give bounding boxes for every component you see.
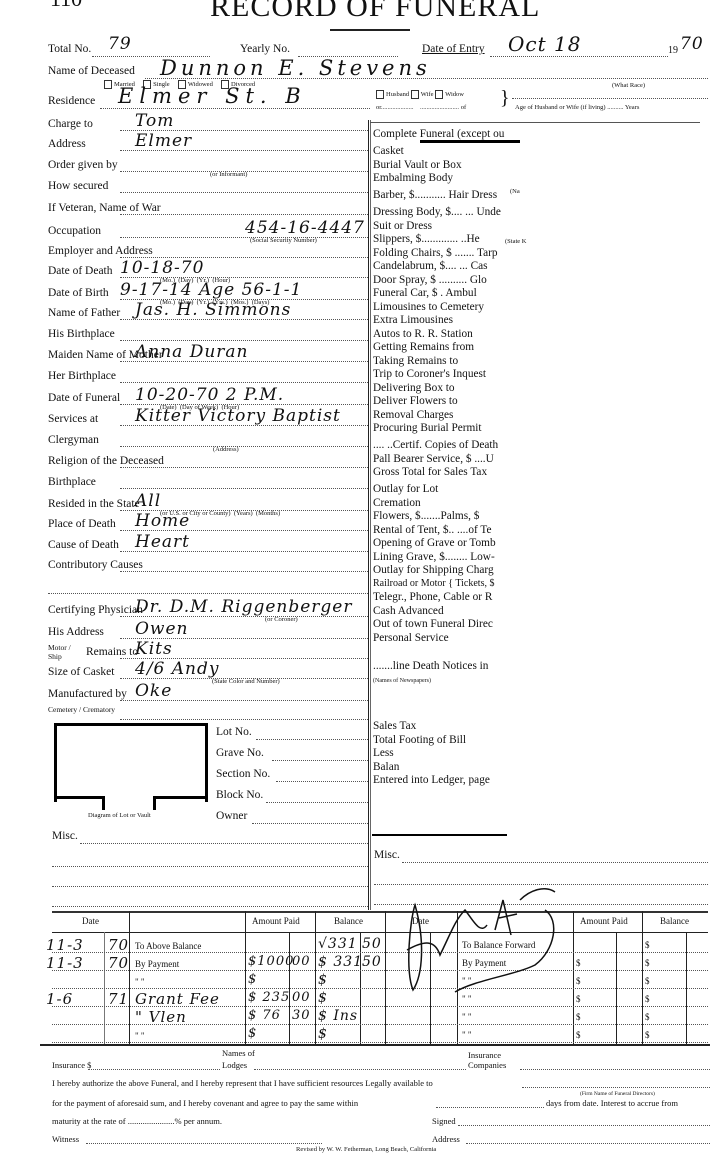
left-field-label: Cemetery / Crematory [48, 706, 115, 714]
left-field-label: Address [48, 137, 86, 151]
charge-item: Total Footing of Bill [373, 733, 508, 747]
misc-label-right: Misc. [374, 848, 400, 862]
misc-line-4[interactable] [52, 906, 368, 907]
left-field-label: Cause of Death [48, 538, 119, 552]
ledger-right-balance: $ [645, 1012, 650, 1022]
ledger-row-line [52, 1006, 385, 1007]
diagram-caption: Diagram of Lot or Vault [88, 812, 151, 819]
left-field-label: Charge to [48, 117, 93, 131]
misc-label-left: Misc. [52, 829, 78, 843]
charge-item: Opening of Grave or Tomb [373, 536, 508, 550]
year-value[interactable]: 70 [680, 34, 704, 54]
left-field-label: His Address [48, 625, 104, 639]
firm-note: (Firm Name of Funeral Directors) [580, 1091, 655, 1097]
column-divider-2 [370, 120, 371, 910]
maturity-text: maturity at the rate of ................… [52, 1116, 222, 1126]
ledger-balance[interactable]: $ [318, 990, 328, 1006]
left-field-value[interactable]: Dr. D.M. Riggenberger [135, 597, 353, 617]
charge-item: Autos to R. R. Station [373, 327, 508, 341]
charge-item: Dressing Body, $.... ... Unde [373, 205, 508, 219]
grave-no-line[interactable] [272, 760, 368, 761]
spouse-or: or.................... .................… [376, 104, 466, 111]
ledger-balance[interactable]: √331 [318, 936, 358, 952]
ledger-right-amount: $ [576, 1030, 581, 1040]
left-field-line[interactable] [120, 192, 368, 193]
left-field-sublabel: (State Color and Number) [212, 678, 280, 685]
lodges-label-top: Names of [222, 1048, 255, 1058]
left-field-label: Religion of the Deceased [48, 454, 164, 468]
witness-label: Witness [52, 1134, 79, 1144]
ledger-right-amount: $ [576, 994, 581, 1004]
left-field-line[interactable] [120, 719, 368, 720]
name-of-deceased-value[interactable]: Dunnon E. Stevens [160, 56, 431, 80]
left-field-value[interactable]: Oke [135, 681, 172, 701]
ledger-balance-cents[interactable]: 50 [362, 936, 382, 952]
left-field-label: Clergyman [48, 433, 99, 447]
state-kind-note: (State K [505, 238, 526, 245]
ledger-row-line [52, 988, 385, 989]
misc-line-3[interactable] [52, 886, 368, 887]
lodges-label: Lodges [222, 1060, 247, 1070]
section-no-label: Section No. [216, 767, 270, 781]
charge-item: Barber, $........... Hair Dress [373, 188, 508, 202]
left-field-value[interactable]: 10-20-70 2 P.M. [135, 385, 284, 405]
days-text: days from date. Interest to accrue from [546, 1098, 678, 1108]
ledger-amount[interactable]: $1000 [248, 954, 294, 969]
what-race-note: (What Race) [612, 82, 645, 89]
charge-item: Extra Limousines [373, 313, 508, 327]
left-field-value[interactable]: Anna Duran [135, 342, 249, 362]
ledger-right-balance: $ [645, 958, 650, 968]
charge-item: Rental of Tent, $.. ....of Te [373, 523, 508, 537]
ledger-description: " " [135, 1031, 145, 1041]
ledger-right-amount: $ [576, 1012, 581, 1022]
charge-item: Flowers, $.......Palms, $ [373, 509, 508, 523]
left-field-line[interactable] [120, 467, 368, 468]
left-field-label: Birthplace [48, 475, 96, 489]
left-field-value[interactable]: 10-18-70 [120, 258, 204, 278]
lodges-line[interactable] [254, 1069, 466, 1070]
signed-label: Signed [432, 1116, 456, 1126]
charge-item: Cash Advanced [373, 604, 508, 618]
charge-item: Railroad or Motor { Tickets, $ [373, 577, 508, 591]
charge-item: Pall Bearer Service, $ ....U [373, 452, 508, 466]
checkbox-widow[interactable]: Widow [435, 91, 464, 98]
date-of-entry-label: Date of Entry [422, 42, 485, 56]
charge-item: Outlay for Lot [373, 482, 508, 496]
year-prefix: 19 [668, 44, 678, 58]
left-field-sublabel: (Social Security Number) [250, 237, 317, 244]
charge-item: Sales Tax [373, 719, 508, 733]
charge-item: (Names of Newspapers) [373, 674, 508, 688]
left-field-value[interactable]: Jas. H. Simmons [135, 300, 291, 320]
charge-item: Personal Service [373, 631, 508, 645]
section-no-line[interactable] [276, 781, 368, 782]
ledger-description: " " [135, 977, 145, 987]
charge-item: Funeral Car, $ . Ambul [373, 286, 508, 300]
ledger-left-date-header: Date [82, 916, 99, 926]
motor-ship-prefix: Motor / Ship [48, 643, 78, 661]
left-field-line[interactable] [120, 340, 368, 341]
block-no-line[interactable] [266, 802, 368, 803]
total-no-label: Total No. [48, 42, 91, 56]
address-line[interactable] [466, 1143, 710, 1144]
left-field-value[interactable]: Owen [135, 619, 189, 639]
left-field-value[interactable]: Tom [135, 111, 174, 131]
ledger-description: By Payment [135, 959, 179, 969]
right-top-border [370, 122, 700, 123]
charge-item: Outlay for Shipping Charg [373, 563, 508, 577]
lot-diagram-door-right [153, 796, 156, 810]
charge-item: Casket [373, 144, 508, 158]
date-of-entry-line [490, 56, 668, 57]
grave-no-label: Grave No. [216, 746, 264, 760]
name-note: (Na [510, 188, 520, 195]
left-field-value[interactable]: Heart [135, 532, 190, 552]
charge-item: Door Spray, $ .......... Glo [373, 273, 508, 287]
ledger-right-amount: $ [576, 976, 581, 986]
right-misc-line-1[interactable] [402, 862, 708, 863]
ledger-description: To Above Balance [135, 941, 201, 951]
left-field-label: Occupation [48, 224, 101, 238]
signed-line[interactable] [458, 1125, 710, 1126]
misc-line-2[interactable] [52, 866, 368, 867]
left-field-value[interactable]: Home [135, 511, 190, 531]
charge-item: Deliver Flowers to [373, 394, 508, 408]
authorize-text: I hereby authorize the above Funeral, an… [52, 1078, 433, 1088]
left-field-label: Date of Funeral [48, 391, 120, 405]
charge-item: Out of town Funeral Direc [373, 617, 508, 631]
left-field-line[interactable] [120, 446, 368, 447]
left-field-label: Size of Casket [48, 665, 114, 679]
charge-item: .... ..Certif. Copies of Death [373, 438, 508, 452]
revised-by: Revised by W. W. Fetherman, Long Beach, … [296, 1146, 436, 1153]
yearly-no-label: Yearly No. [240, 42, 290, 56]
ledger-right-balance: $ [645, 976, 650, 986]
ledger-left-amount-header: Amount Paid [252, 916, 300, 926]
charge-item: Delivering Box to [373, 381, 508, 395]
charge-item: Folding Chairs, $ ....... Tarp [373, 246, 508, 260]
left-field-line[interactable] [120, 488, 368, 489]
left-field-label: Employer and Address [48, 244, 153, 258]
companies-label-top: Insurance [468, 1050, 501, 1060]
left-field-value[interactable]: Elmer [135, 131, 192, 151]
left-field-line[interactable] [120, 382, 368, 383]
charge-item: Entered into Ledger, page [373, 773, 508, 787]
left-field-sublabel: (or Informant) [210, 171, 247, 178]
address-label: Address [432, 1134, 460, 1144]
date-of-entry-value[interactable]: Oct 18 [508, 32, 581, 56]
title-underline [330, 29, 410, 31]
left-field-sublabel: (or Coroner) [265, 616, 298, 623]
payment-text: for the payment of aforesaid sum, and I … [52, 1098, 358, 1108]
ledger-amount[interactable]: $ [248, 1026, 257, 1041]
ledger-right-balance: $ [645, 1030, 650, 1040]
ledger-amount[interactable]: $ 235 [248, 990, 290, 1005]
block-no-label: Block No. [216, 788, 263, 802]
misc-line-1[interactable] [80, 843, 368, 844]
left-field-value[interactable]: Kits [135, 639, 173, 659]
left-field-value[interactable]: All [135, 491, 161, 511]
charge-item: Telegr., Phone, Cable or R [373, 590, 508, 604]
ledger-right-row-line[interactable] [386, 1024, 708, 1025]
lot-diagram [54, 723, 208, 802]
charge-item: Taking Remains to [373, 354, 508, 368]
spouse-line[interactable] [512, 98, 708, 99]
residence-label: Residence [48, 94, 95, 108]
charge-item: Procuring Burial Permit [373, 421, 508, 435]
checkbox-husband[interactable]: Husband [376, 91, 409, 98]
spouse-checkboxes: Husband Wife Widow [376, 90, 464, 99]
ledger-right-balance-header: Balance [660, 916, 689, 926]
ledger-row-line [52, 1024, 385, 1025]
left-field-label: Services at [48, 412, 98, 426]
companies-label: Companies [468, 1060, 506, 1070]
left-field-label: His Birthplace [48, 327, 115, 341]
ledger-amount[interactable]: $ 76 [248, 1008, 281, 1023]
age-of-spouse-label: Age of Husband or Wife (if living) .....… [515, 104, 639, 111]
charge-item: Limousines to Cemetery [373, 300, 508, 314]
total-no-value[interactable]: 79 [108, 34, 132, 54]
charge-item: Lining Grave, $........ Low- [373, 550, 508, 564]
ledger-header-border [52, 932, 708, 933]
charge-item: Candelabrum, $.... ... Cas [373, 259, 508, 273]
funeral-underline [420, 140, 520, 143]
left-field-value[interactable]: 4/6 Andy [135, 659, 219, 679]
left-field-label: Contributory Causes [48, 558, 143, 572]
left-field-label: Date of Birth [48, 286, 109, 300]
left-field-label: Date of Death [48, 264, 113, 278]
left-field-label: Her Birthplace [48, 369, 116, 383]
ledger-right-amount: $ [576, 958, 581, 968]
left-field-label: Name of Father [48, 306, 120, 320]
left-field-line[interactable] [48, 593, 368, 594]
lot-diagram-base-left [54, 796, 104, 799]
charge-item: Getting Remains from [373, 340, 508, 354]
ledger-balance[interactable]: $ 331 [318, 954, 363, 970]
charge-item: Trip to Coroner's Inquest [373, 367, 508, 381]
residence-line [100, 108, 370, 109]
charge-item: Less [373, 746, 508, 760]
charge-item: Removal Charges [373, 408, 508, 422]
ledger-right-row-line[interactable] [386, 1042, 708, 1043]
charge-item: Cremation [373, 496, 508, 510]
lot-diagram-door-left [102, 796, 105, 810]
left-field-value[interactable]: 9-17-14 Age 56-1-1 [120, 280, 302, 300]
name-of-deceased-label: Name of Deceased [48, 64, 135, 78]
left-field-label: Manufactured by [48, 687, 127, 701]
charge-item: Complete Funeral (except ou [373, 127, 508, 141]
ledger-bottom-border [40, 1044, 710, 1046]
left-field-value[interactable]: Kitter Victory Baptist [135, 406, 341, 426]
ledger-row-line [52, 970, 385, 971]
ledger-entry-underline [372, 834, 507, 836]
ledger-right-balance: $ [645, 940, 650, 950]
lot-diagram-base-right [153, 796, 205, 799]
ledger-amount[interactable]: $ [248, 972, 257, 987]
ledger-right-description: " " [462, 1012, 472, 1022]
ledger-left-balance-header: Balance [334, 916, 363, 926]
left-field-line[interactable] [120, 214, 368, 215]
charge-item: .......line Death Notices in [373, 659, 508, 673]
owner-line[interactable] [252, 823, 368, 824]
days-line[interactable] [436, 1107, 544, 1108]
lot-no-label: Lot No. [216, 725, 252, 739]
ledger-balance[interactable]: $ [318, 972, 328, 988]
left-field-label: Resided in the State [48, 497, 140, 511]
left-field-label: Remains to [86, 645, 138, 659]
lot-no-line[interactable] [256, 739, 368, 740]
column-divider [368, 120, 369, 910]
ledger-row-line [52, 1042, 385, 1043]
ledger-balance-cents[interactable]: 50 [362, 954, 382, 970]
left-field-label: Place of Death [48, 517, 116, 531]
charge-item: Slippers, $............. ..He [373, 232, 508, 246]
charge-item: Suit or Dress [373, 219, 508, 233]
left-field-label: If Veteran, Name of War [48, 201, 161, 215]
left-field-label: Certifying Physician [48, 603, 143, 617]
brace: } [500, 88, 510, 108]
insurance-label: Insurance $ [52, 1060, 91, 1070]
page-number: 110 [50, 0, 82, 12]
left-field-label: Order given by [48, 158, 118, 172]
left-field-sublabel: (Address) [213, 446, 239, 453]
witness-line[interactable] [86, 1143, 322, 1144]
ledger-balance[interactable]: $ [318, 1026, 328, 1042]
ledger-row-line [52, 952, 385, 953]
charge-item: Gross Total for Sales Tax [373, 465, 508, 479]
ledger-amount-cents[interactable]: 30 [292, 1008, 311, 1023]
charge-item: Balan [373, 760, 508, 774]
ledger-right-amount-header: Amount Paid [580, 916, 628, 926]
ledger-balance[interactable]: $ Ins [318, 1008, 358, 1024]
ledger-amount-cents[interactable]: 00 [292, 954, 311, 969]
left-field-label: How secured [48, 179, 108, 193]
ledger-top-border [52, 911, 708, 913]
charge-item: Embalming Body [373, 171, 508, 185]
owner-label: Owner [216, 809, 247, 823]
residence-value[interactable]: Elmer St. B [118, 84, 307, 108]
insurance-line[interactable] [88, 1069, 220, 1070]
left-field-line[interactable] [120, 571, 368, 572]
signature-icon [395, 880, 575, 1010]
firm-line[interactable] [522, 1087, 710, 1088]
ledger-amount-cents[interactable]: 00 [292, 990, 311, 1005]
page-title: RECORD OF FUNERAL [210, 0, 540, 24]
companies-line[interactable] [520, 1069, 710, 1070]
ledger-right-description: " " [462, 1030, 472, 1040]
checkbox-wife[interactable]: Wife [411, 91, 434, 98]
ledger-right-balance: $ [645, 994, 650, 1004]
charge-item: Burial Vault or Box [373, 158, 508, 172]
left-field-value[interactable]: 454-16-4447 [245, 218, 365, 238]
